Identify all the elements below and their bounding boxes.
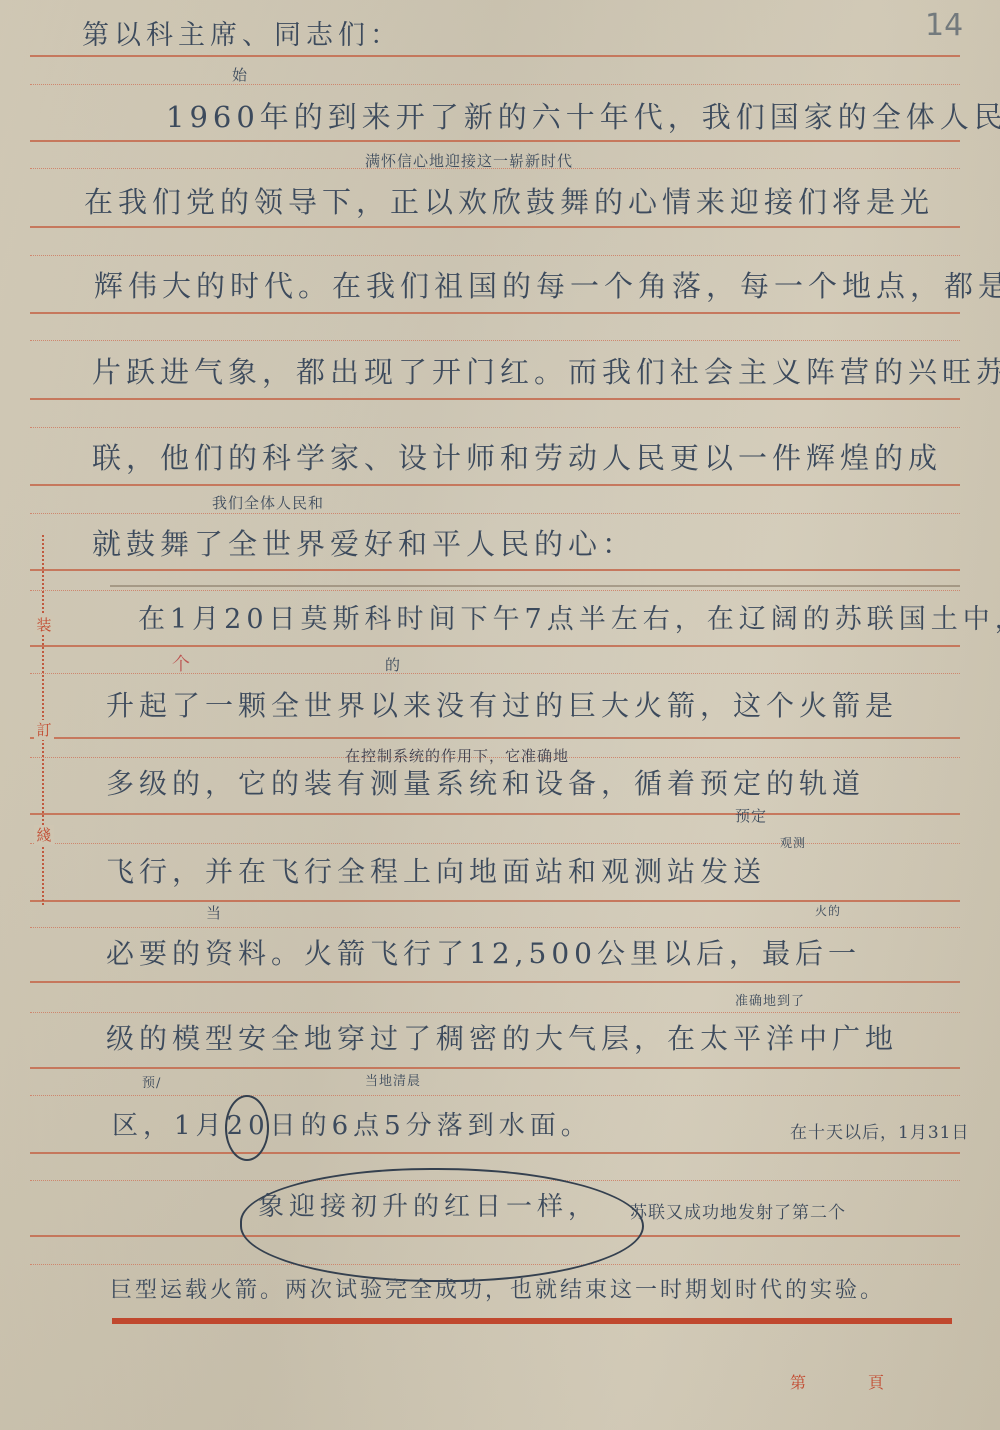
rule-line-dotted bbox=[30, 843, 960, 844]
text-line: 片跃进气象，都出现了开门红。而我们社会主义阵营的兴旺苏 bbox=[92, 358, 1000, 387]
rule-line-dotted bbox=[30, 513, 960, 514]
text-line: 多级的，它的装有测量系统和设备，循着预定的轨道 bbox=[106, 770, 865, 798]
rule-line-dotted bbox=[30, 255, 960, 256]
edit-loop bbox=[240, 1168, 644, 1282]
text-line: 在1月20日莫斯科时间下午7点半左右，在辽阔的苏联国土中， bbox=[138, 606, 1000, 633]
text-line: 必要的资料。火箭飞行了12,500公里以后，最后一 bbox=[106, 940, 861, 968]
rule-line-dotted bbox=[30, 927, 960, 928]
text-line: 级的模型安全地穿过了稠密的大气层，在太平洋中广地 bbox=[106, 1025, 898, 1053]
insertion-note: 我们全体人民和 bbox=[212, 492, 324, 513]
rule-line-dotted bbox=[30, 340, 960, 341]
rule-line bbox=[30, 226, 960, 228]
rule-line bbox=[30, 1152, 960, 1154]
rule-line bbox=[30, 55, 960, 57]
rule-line bbox=[30, 1067, 960, 1069]
text-line: 联，他们的科学家、设计师和劳动人民更以一件辉煌的成 bbox=[92, 444, 942, 473]
rule-line bbox=[30, 813, 960, 815]
bottom-rule bbox=[112, 1318, 952, 1324]
insertion-note: 的 bbox=[385, 654, 401, 675]
insertion-note: 预/ bbox=[142, 1072, 161, 1091]
footer-suffix: 頁 bbox=[868, 1370, 884, 1393]
rule-line bbox=[30, 645, 960, 647]
rule-line bbox=[30, 140, 960, 142]
binding-char: 訂 bbox=[34, 720, 54, 740]
page-footer: 第頁 bbox=[790, 1370, 884, 1393]
rule-line-dotted bbox=[30, 84, 960, 85]
insertion-note: 准确地到了 bbox=[735, 990, 805, 1009]
text-line: 辉伟大的时代。在我们祖国的每一个角落，每一个地点，都是一 bbox=[94, 272, 1000, 301]
text-line: 1960年的到来开了新的六十年代，我们国家的全体人民 bbox=[166, 103, 1000, 132]
binding-margin: 装 訂 綫 bbox=[34, 535, 54, 905]
rule-line-dotted bbox=[30, 1012, 960, 1013]
rule-line bbox=[30, 398, 960, 400]
rule-line bbox=[30, 569, 960, 571]
salutation-line: 第以科主席、同志们： bbox=[82, 22, 402, 49]
rule-line bbox=[30, 737, 960, 739]
paper-fold bbox=[110, 585, 960, 587]
insertion-note: 在控制系统的作用下，它准确地 bbox=[345, 745, 569, 766]
text-line: 就鼓舞了全世界爱好和平人民的心： bbox=[92, 530, 636, 559]
insertion-note: 满怀信心地迎接这一崭新时代 bbox=[365, 150, 573, 171]
manuscript-page: 装 訂 綫 14 第以科主席、同志们： 始 1960年的到来开了新的六十年代，我… bbox=[0, 0, 1000, 1430]
text-line: 象迎接初升的红日一样， bbox=[258, 1194, 599, 1220]
rule-line bbox=[30, 312, 960, 314]
insertion-note: 观测 bbox=[780, 834, 806, 851]
insertion-note: 当 bbox=[206, 902, 222, 923]
rule-line bbox=[30, 484, 960, 486]
rule-line-dotted bbox=[30, 427, 960, 428]
text-line: 巨型运载火箭。两次试验完全成功，也就结束这一时期划时代的实验。 bbox=[110, 1280, 885, 1302]
insertion-note: 当地清晨 bbox=[365, 1070, 421, 1089]
text-line: 升起了一颗全世界以来没有过的巨大火箭，这个火箭是 bbox=[106, 692, 898, 720]
insertion-note: 火的 bbox=[815, 902, 841, 919]
insertion-note: 预定 bbox=[735, 805, 767, 826]
red-insertion-note: 个 bbox=[172, 650, 191, 676]
margin-note: 在十天以后，1月31日 bbox=[790, 1118, 969, 1143]
rule-line bbox=[30, 981, 960, 983]
text-line: 飞行，并在飞行全程上向地面站和观测站发送 bbox=[106, 858, 766, 886]
binding-char: 装 bbox=[34, 615, 54, 635]
text-line: 在我们党的领导下，正以欢欣鼓舞的心情来迎接们将是光 bbox=[84, 188, 934, 217]
margin-note: 苏联又成功地发射了第二个 bbox=[630, 1198, 846, 1223]
text-line: 区，1月20日的6点5分落到水面。 bbox=[112, 1113, 592, 1139]
insertion-note: 始 bbox=[232, 64, 248, 85]
rule-line-dotted bbox=[30, 1095, 960, 1096]
handwritten-page-number: 14 bbox=[925, 8, 963, 43]
rule-line-dotted bbox=[30, 673, 960, 674]
footer-prefix: 第 bbox=[790, 1370, 806, 1393]
rule-line-dotted bbox=[30, 590, 960, 591]
binding-char: 綫 bbox=[34, 825, 54, 845]
